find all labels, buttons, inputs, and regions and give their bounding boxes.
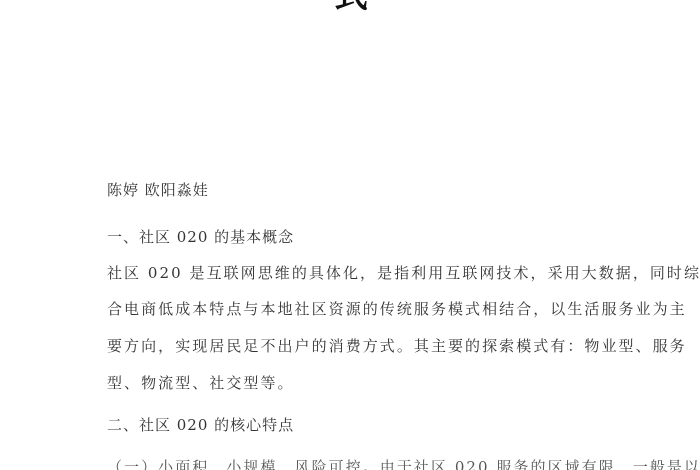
paragraph-line: 合电商低成本特点与本地社区资源的传统服务模式相结合，以生活服务业为主 bbox=[107, 300, 687, 318]
section-heading-1: 一、社区 020 的基本概念 bbox=[107, 228, 294, 246]
paragraph-line: 社区 020 是互联网思维的具体化，是指利用互联网技术，采用大数据，同时综 bbox=[107, 264, 700, 282]
paragraph-line: 要方向，实现居民足不出户的消费方式。其主要的探索模式有：物业型、服务 bbox=[107, 337, 687, 355]
section-heading-2: 二、社区 020 的核心特点 bbox=[107, 416, 294, 434]
document-title-fragment: 式 bbox=[316, 0, 386, 14]
authors-line: 陈婷 欧阳淼娃 bbox=[107, 181, 209, 199]
paragraph-line: 型、物流型、社交型等。 bbox=[107, 374, 295, 392]
paragraph-line-cutoff: （一）小面积、小规模、风险可控。由于社区 020 服务的区域有限，一般是以 bbox=[107, 458, 700, 470]
document-page: 式 陈婷 欧阳淼娃 一、社区 020 的基本概念 社区 020 是互联网思维的具… bbox=[0, 0, 700, 470]
